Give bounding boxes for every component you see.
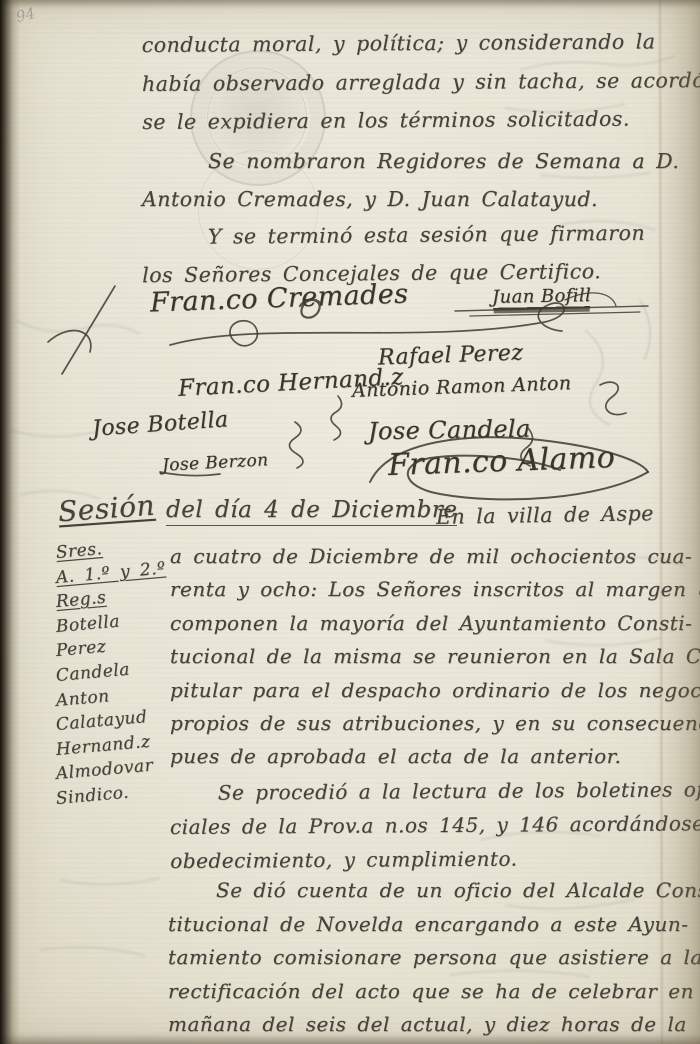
paragraph-boletines: Se procedió a la lectura de los boletine… bbox=[170, 772, 700, 878]
handwritten-line: conducta moral, y política; y consideran… bbox=[142, 22, 700, 65]
handwritten-line: titucional de Novelda encargando a este … bbox=[168, 908, 700, 942]
handwritten-line: rectificación del acto que se ha de cele… bbox=[168, 975, 700, 1009]
handwritten-line: obedecimiento, y cumplimiento. bbox=[170, 840, 700, 878]
paragraph-conducta: conducta moral, y política; y consideran… bbox=[142, 22, 700, 142]
handwritten-line: se le expidiera en los términos solicita… bbox=[142, 99, 700, 142]
session-location: En la villa de Aspe bbox=[436, 501, 654, 529]
paragraph-oficio: Se dió cuenta de un oficio del Alcalde C… bbox=[168, 874, 700, 1042]
handwritten-line: Y se terminó esta sesión que firmaron bbox=[142, 214, 646, 256]
handwritten-line: propios de sus atribuciones, y en su con… bbox=[170, 707, 700, 740]
handwritten-line: a cuatro de Diciembre de mil ochocientos… bbox=[170, 540, 700, 573]
signature-bofill: Juan Bofill bbox=[492, 285, 592, 308]
handwritten-line: Se dió cuenta de un oficio del Alcalde C… bbox=[168, 874, 700, 908]
handwritten-line: tucional de la misma se reunieron en la … bbox=[170, 640, 700, 673]
session-date-underlined: del día 4 de Diciembre bbox=[166, 497, 457, 526]
handwritten-line: Antonio Cremades, y D. Juan Calatayud. bbox=[142, 180, 679, 218]
handwritten-line: pitular para el despacho ordinario de lo… bbox=[170, 674, 700, 707]
handwritten-line: tamiento comisionare persona que asistie… bbox=[168, 941, 700, 975]
book-binding-edge bbox=[0, 0, 20, 1044]
handwritten-line: Se procedió a la lectura de los boletine… bbox=[170, 772, 700, 810]
top-page-edge-shade bbox=[0, 0, 700, 8]
manuscript-page: 94 conducta moral, y política; y conside… bbox=[0, 0, 700, 1044]
signature-berzon: Jose Berzon bbox=[162, 450, 269, 476]
session-body: a cuatro de Diciembre de mil ochocientos… bbox=[170, 540, 700, 774]
handwritten-line: renta y ocho: Los Señores inscritos al m… bbox=[170, 573, 700, 606]
signature-candela: Jose Candela bbox=[368, 415, 531, 446]
signature-botella: Jose Botella bbox=[91, 407, 229, 441]
signature-alamo: Fran.co Alamo bbox=[387, 440, 615, 483]
handwritten-line: pues de aprobada el acta de la anterior. bbox=[170, 740, 700, 773]
handwritten-line: Se nombraron Regidores de Semana a D. bbox=[142, 142, 679, 180]
handwritten-line: componen la mayoría del Ayuntamiento Con… bbox=[170, 607, 700, 640]
handwritten-line: ciales de la Prov.a n.os 145, y 146 acor… bbox=[170, 806, 700, 844]
margin-attendees-list: Sres.A. 1.º y 2.ºReg.sBotellaPerezCandel… bbox=[56, 541, 176, 812]
handwritten-line: había observado arreglada y sin tacha, s… bbox=[142, 61, 700, 104]
session-title-margin: Sesión bbox=[57, 489, 156, 529]
bottom-page-edge-shade bbox=[0, 1034, 700, 1044]
paragraph-nombramiento: Se nombraron Regidores de Semana a D.Ant… bbox=[142, 142, 679, 218]
